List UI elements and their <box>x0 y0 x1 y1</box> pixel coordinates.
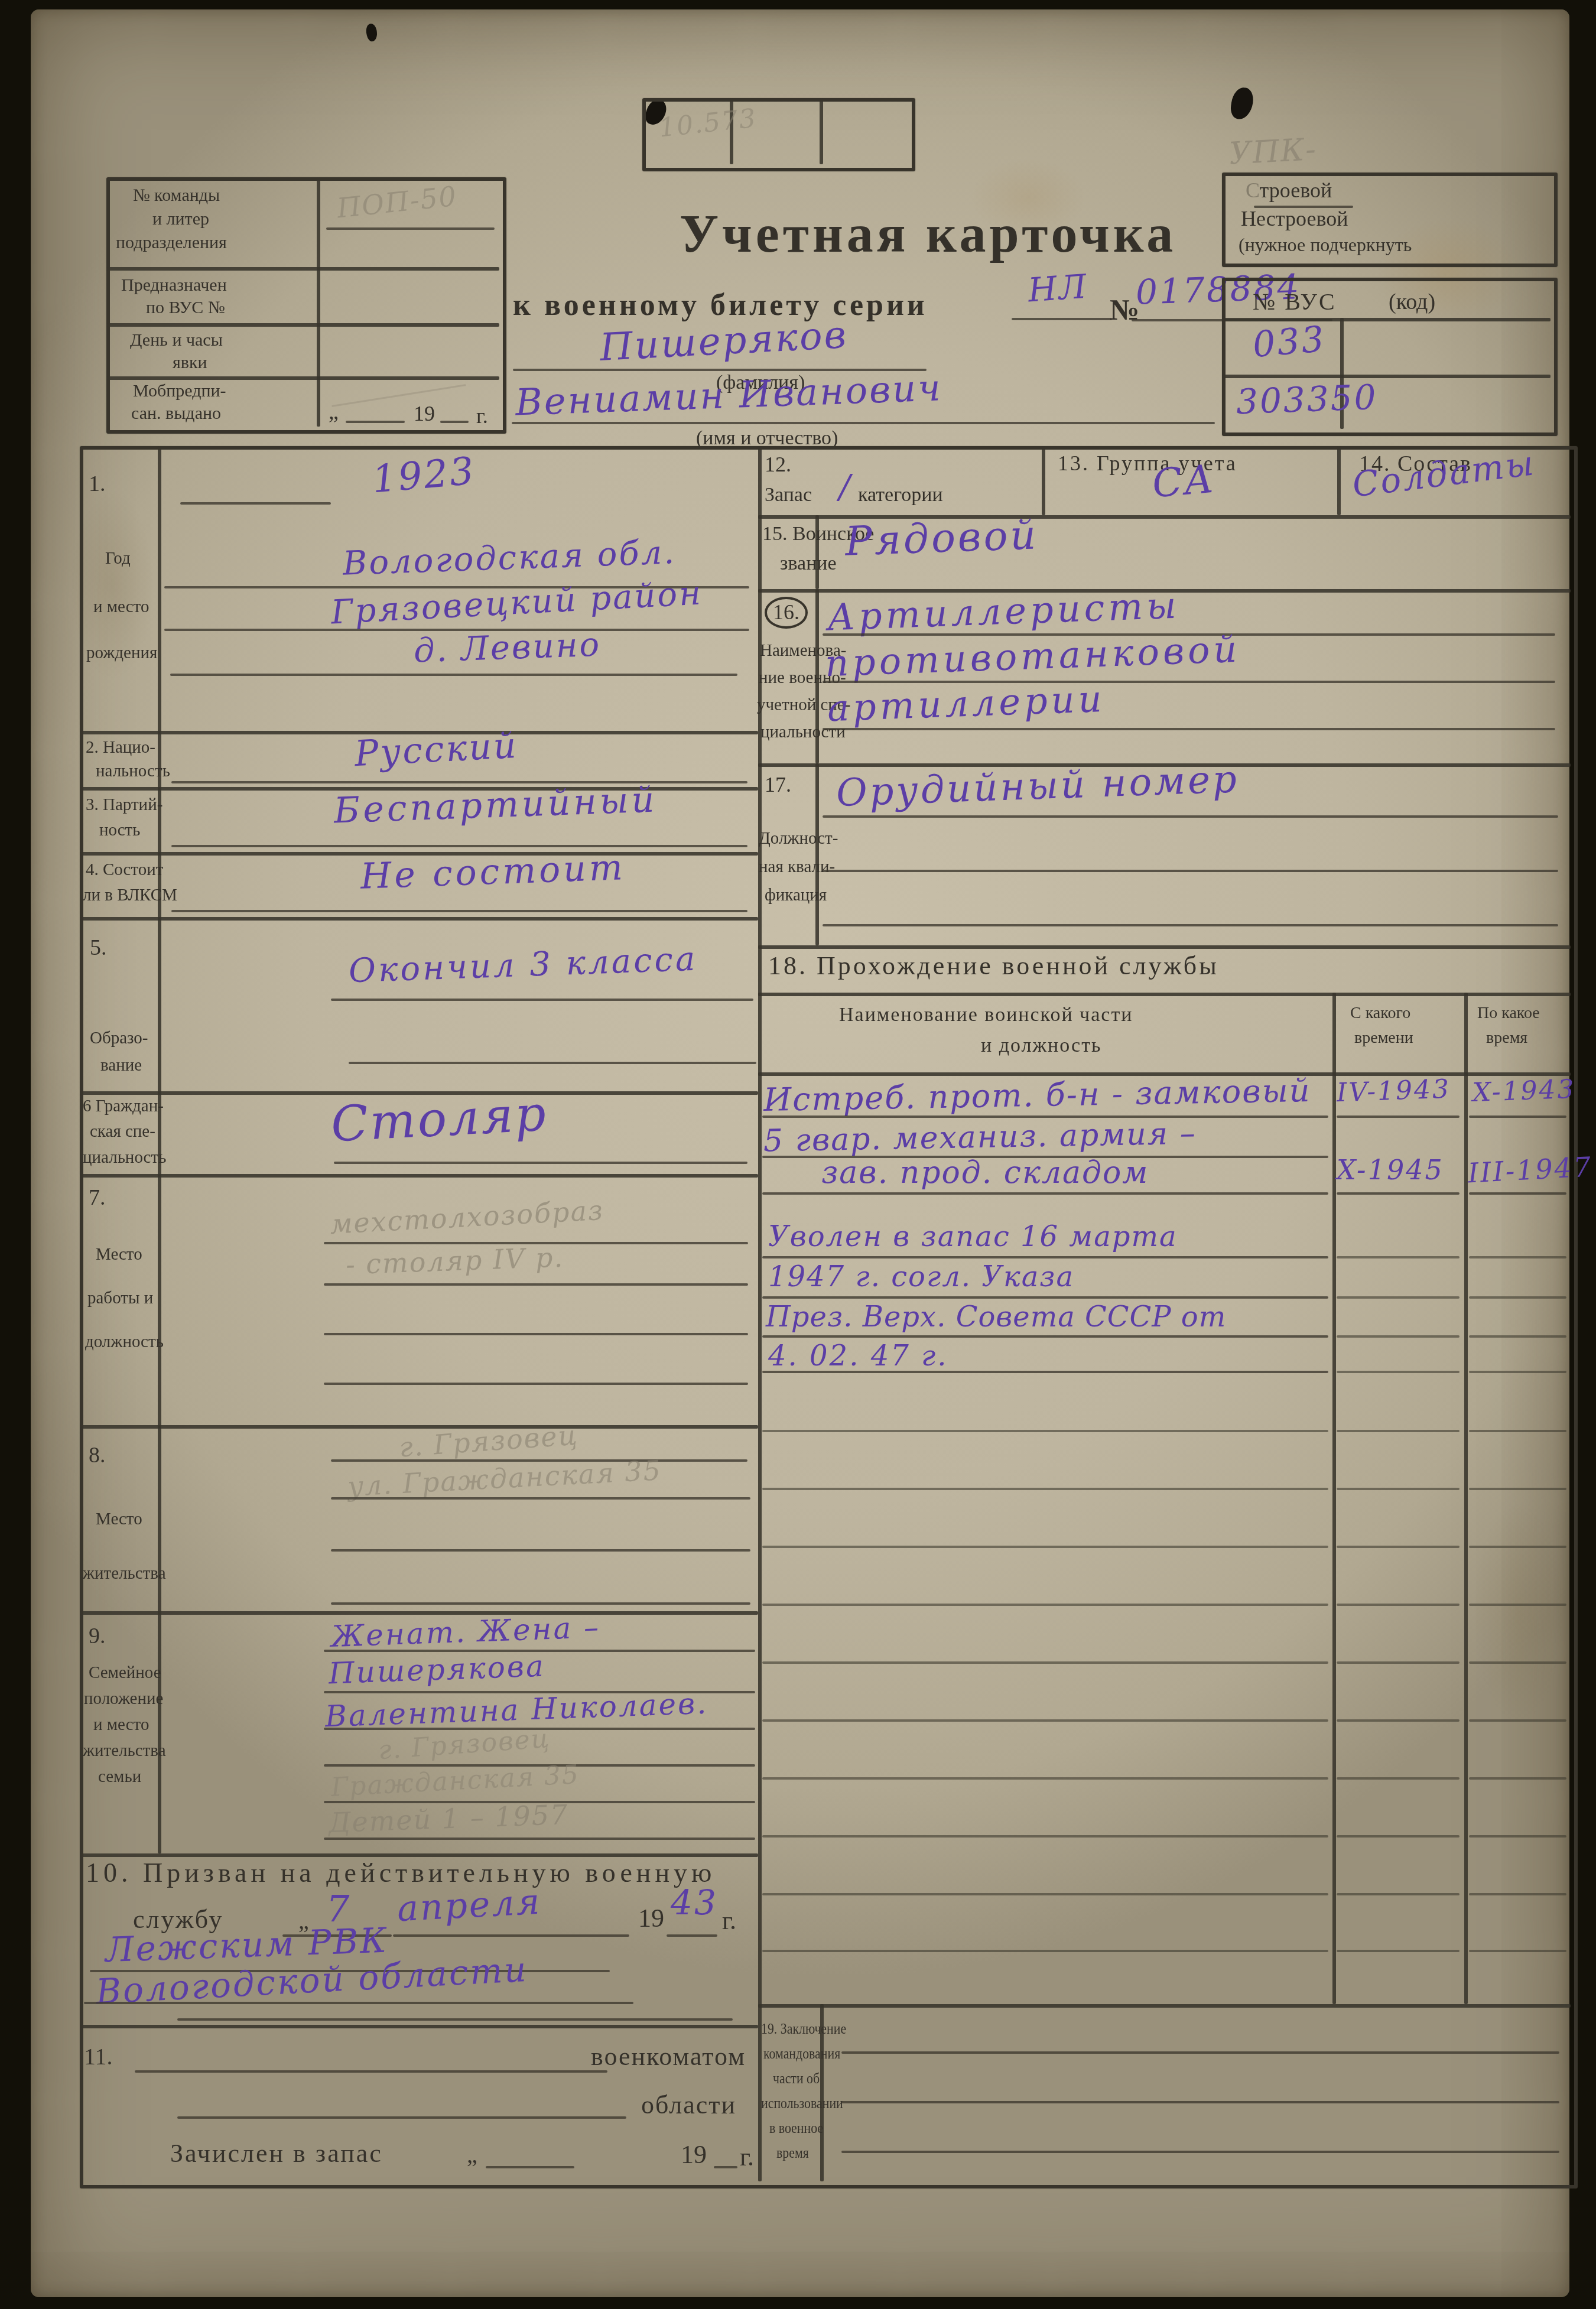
divider <box>106 323 499 327</box>
combat-status-option-2: Нестроевой <box>1241 208 1348 230</box>
vus-code-header: (код) <box>1389 291 1435 314</box>
wife-surname-value: Пишерякова <box>328 1651 545 1689</box>
rule <box>762 1488 1328 1490</box>
table-header-to: По какое <box>1477 1004 1540 1022</box>
row-divider <box>80 1174 758 1178</box>
service-row-to: X-1943 <box>1472 1076 1576 1107</box>
field7-label: Место <box>96 1245 142 1263</box>
ticket-series-value: НЛ <box>1027 270 1089 309</box>
table-header-to: время <box>1486 1029 1527 1046</box>
rule <box>1469 1777 1566 1780</box>
position-value: - столяр IV р. <box>345 1243 564 1279</box>
rule <box>1337 1430 1460 1432</box>
rule <box>1337 1371 1460 1373</box>
field9-label: семьи <box>98 1768 141 1786</box>
rule <box>762 1661 1328 1664</box>
field6-label: ская спе- <box>90 1123 155 1140</box>
rule <box>331 1549 750 1552</box>
mobilization-row1-label: № команды <box>133 186 220 205</box>
vus-header: № ВУС <box>1253 290 1337 314</box>
rule <box>1469 1719 1566 1722</box>
field16-number: 16. <box>765 597 808 629</box>
field9-label: Семейное <box>89 1664 161 1682</box>
rule <box>762 1371 1328 1373</box>
field12-label: Запас <box>765 484 812 506</box>
field5-label: вание <box>100 1056 142 1074</box>
rule <box>84 2002 633 2004</box>
year-suffix: г. <box>722 1907 736 1934</box>
field10-label: 10. Призван на действительную военную <box>86 1859 716 1887</box>
service-row-from: IV-1943 <box>1336 1076 1451 1107</box>
divider <box>1337 446 1341 515</box>
mobilization-row4-label: Мобпредпи- <box>133 382 226 401</box>
field6-label: 6 Граждан- <box>83 1097 164 1115</box>
table-border <box>758 2004 1571 2008</box>
combat-status-option-1: Строевой <box>1246 180 1332 202</box>
field4-label: ли в ВЛКСМ <box>83 886 177 904</box>
rule <box>823 870 1558 872</box>
field11-label: военкоматом <box>591 2043 746 2070</box>
field18-title: 18. Прохождение военной службы <box>768 952 1219 980</box>
field12-slash-mark: / <box>839 470 852 505</box>
rule <box>135 2070 607 2073</box>
field8-number: 8. <box>89 1444 106 1468</box>
rule <box>171 910 747 912</box>
field7-number: 7. <box>89 1186 106 1210</box>
field11-number: 11. <box>84 2044 113 2069</box>
rule <box>171 781 747 783</box>
rule <box>1337 1661 1460 1664</box>
rule <box>841 2151 1559 2153</box>
rule <box>714 2166 737 2168</box>
mobilization-row2-label: по ВУС № <box>146 298 225 317</box>
field1-label: и место <box>93 598 149 616</box>
callup-year-value: 43 <box>671 1885 718 1921</box>
rule <box>762 1893 1328 1895</box>
rule <box>331 1497 750 1500</box>
registration-card-scan: 10.573 УПК- № команды и литер подразделе… <box>0 0 1596 2309</box>
service-row-unit: зав. прод. складом <box>821 1157 1149 1189</box>
rule <box>486 2166 574 2168</box>
divider <box>1042 446 1045 515</box>
rule <box>1469 1950 1566 1952</box>
field1-number: 1. <box>89 473 106 496</box>
field9-label: положение <box>84 1690 163 1708</box>
divider <box>1222 318 1551 321</box>
service-row-to: III-1947 <box>1467 1153 1593 1188</box>
field1-label: Год <box>105 549 131 567</box>
vus-specialty-value-3: артиллерии <box>827 679 1106 727</box>
rule <box>331 1602 750 1605</box>
rule <box>349 1062 756 1064</box>
rule <box>1337 1546 1460 1548</box>
field19-label: время <box>776 2145 809 2161</box>
field2-label: нальность <box>96 762 170 780</box>
rule <box>762 1430 1328 1432</box>
divider <box>820 98 823 164</box>
rule <box>1469 1893 1566 1895</box>
rule <box>667 1934 717 1937</box>
field9-label: и место <box>93 1716 149 1734</box>
discharge-note: През. Верх. Совета СССР от <box>766 1302 1226 1332</box>
field12-number: 12. <box>765 454 791 476</box>
field7-label: должность <box>85 1333 164 1351</box>
field19-label: в военное <box>769 2120 823 2136</box>
field17-label: фикация <box>765 886 827 904</box>
rule <box>841 2051 1559 2054</box>
rule <box>1469 1116 1566 1118</box>
field7-label: работы и <box>87 1289 153 1307</box>
rule <box>1469 1488 1566 1490</box>
rule <box>1337 1116 1460 1118</box>
table-header-unit: и должность <box>981 1035 1102 1056</box>
callup-month-value: апреля <box>396 1884 542 1928</box>
divider <box>106 267 499 271</box>
field3-label: ность <box>99 821 141 839</box>
row-divider <box>80 917 758 921</box>
field11-label-3: Зачислен в запас <box>170 2140 383 2167</box>
rule <box>512 422 1215 424</box>
field19-label: использовании <box>761 2095 843 2111</box>
rule <box>762 1777 1328 1780</box>
rule <box>762 1335 1328 1338</box>
account-group-value: СА <box>1150 458 1217 504</box>
rule <box>324 1838 755 1840</box>
rule <box>177 2018 733 2021</box>
rule <box>1469 1371 1566 1373</box>
rule <box>1337 1604 1460 1606</box>
rule <box>440 421 469 423</box>
field9-number: 9. <box>89 1625 106 1648</box>
rule <box>170 674 737 676</box>
table-border <box>758 993 1571 996</box>
table-column-divider <box>1464 993 1468 2004</box>
rule <box>324 1333 748 1335</box>
rule <box>324 1283 748 1286</box>
table-header-from: С какого <box>1350 1004 1410 1022</box>
divider <box>815 763 819 945</box>
field2-label: 2. Нацио- <box>86 739 155 756</box>
vus-number-value-2: 303350 <box>1236 379 1378 420</box>
field8-label: Место <box>96 1510 142 1528</box>
table-header-unit: Наименование воинской части <box>839 1004 1133 1026</box>
rule <box>762 1835 1328 1838</box>
upk-note: УПК- <box>1228 134 1318 170</box>
rule <box>393 1934 629 1937</box>
rule <box>823 728 1555 730</box>
rule <box>334 1162 747 1164</box>
discharge-note: Уволен в запас 16 марта <box>768 1222 1178 1251</box>
rule <box>1469 1546 1566 1548</box>
rule <box>1337 1335 1460 1338</box>
nationality-value: Русский <box>354 727 519 773</box>
rule <box>346 421 405 423</box>
rule <box>1469 1335 1566 1338</box>
mobilization-row1-label: подразделения <box>116 233 227 252</box>
field8-label: жительства <box>83 1565 166 1582</box>
mobilization-row2-label: Предназначен <box>121 276 227 295</box>
rule <box>1469 1296 1566 1299</box>
rule <box>1469 1192 1566 1195</box>
field4-label: 4. Состоит <box>86 861 163 879</box>
mobilization-row3-label: День и часы <box>130 331 223 350</box>
rule <box>762 1256 1328 1258</box>
rule <box>171 845 747 847</box>
rule <box>762 1546 1328 1548</box>
rule <box>1469 1661 1566 1664</box>
date-year-prefix: 19 <box>414 403 435 425</box>
field19-label: командования <box>763 2045 840 2061</box>
field5-label: Образо- <box>90 1029 148 1047</box>
rule <box>1469 1835 1566 1838</box>
row-divider <box>758 945 1571 949</box>
rule <box>1337 1893 1460 1895</box>
mobilization-row1-label: и литер <box>152 210 209 229</box>
field19-label: 19. Заключение <box>761 2021 846 2037</box>
rule <box>1337 1256 1460 1258</box>
rule <box>331 999 753 1001</box>
mobilization-row4-label: сан. выдано <box>131 404 221 423</box>
rule <box>1469 1604 1566 1606</box>
row-divider <box>80 1611 758 1615</box>
date-quote: „ <box>467 2142 477 2167</box>
discharge-note: 4. 02. 47 г. <box>768 1341 948 1371</box>
year-suffix: г. <box>740 2144 754 2171</box>
rule <box>823 815 1558 818</box>
rule <box>1337 1488 1460 1490</box>
table-column-divider <box>1332 993 1336 2004</box>
table-header-from: времени <box>1354 1029 1413 1046</box>
rule <box>762 1604 1328 1606</box>
date-year-suffix: г. <box>476 405 488 428</box>
divider <box>317 177 320 427</box>
rule <box>177 2116 626 2119</box>
rule <box>1469 1430 1566 1432</box>
komsomol-status-value: Не состоит <box>360 849 626 896</box>
rule <box>841 2101 1559 2103</box>
field17-number: 17. <box>765 774 791 796</box>
divider <box>1222 375 1551 378</box>
card-subtitle: к военному билету серии <box>513 290 928 322</box>
divider <box>106 376 499 380</box>
year-prefix: 19 <box>681 2141 707 2168</box>
rule <box>324 1383 748 1385</box>
rule <box>1337 1777 1460 1780</box>
military-rank-value: Рядовой <box>844 514 1039 563</box>
rule <box>1012 318 1112 320</box>
field15-label: звание <box>780 553 837 574</box>
card-title: Учетная карточка <box>680 207 1176 263</box>
rule <box>762 1116 1328 1118</box>
mobilization-row3-label: явки <box>173 353 207 372</box>
service-row-unit: 5 гвар. механиз. армия – <box>763 1118 1197 1157</box>
rule <box>762 1950 1328 1952</box>
field17-label: ная квали- <box>759 858 835 876</box>
year-prefix: 19 <box>638 1905 664 1932</box>
discharge-note: 1947 г. согл. Указа <box>768 1262 1074 1292</box>
birth-year-value: 1923 <box>370 452 477 500</box>
rule <box>1337 1835 1460 1838</box>
row-divider <box>80 2025 758 2028</box>
row-divider <box>80 1853 758 1857</box>
field11-label-2: области <box>641 2092 736 2119</box>
rule <box>326 227 495 230</box>
rule <box>762 1296 1328 1299</box>
field1-label: рождения <box>86 644 157 662</box>
civil-profession-value: Столяр <box>330 1088 549 1150</box>
rule <box>762 1192 1328 1195</box>
rule <box>1469 1256 1566 1258</box>
vus-number-value: 033 <box>1251 321 1327 365</box>
row-divider <box>80 1425 758 1429</box>
field17-label: Должност- <box>759 830 838 847</box>
rule <box>1337 1192 1460 1195</box>
field12-label-2: категории <box>858 484 943 506</box>
rule <box>1337 1296 1460 1299</box>
field9-label: жительства <box>83 1742 166 1760</box>
service-row-from: X-1945 <box>1337 1156 1444 1184</box>
rule <box>180 502 331 505</box>
rule <box>762 1719 1328 1722</box>
combat-status-hint: (нужное подчеркнуть <box>1239 235 1412 255</box>
field19-label: части об <box>773 2070 820 2086</box>
field6-label: циальность <box>83 1149 166 1166</box>
rule <box>823 924 1558 926</box>
birth-village-value: д. Левино <box>413 627 602 669</box>
field5-number: 5. <box>90 936 107 960</box>
rule <box>1337 1719 1460 1722</box>
field3-label: 3. Партий- <box>86 796 162 814</box>
children-note-value: Детей 1 – 1957 <box>328 1800 569 1837</box>
rule <box>1337 1950 1460 1952</box>
